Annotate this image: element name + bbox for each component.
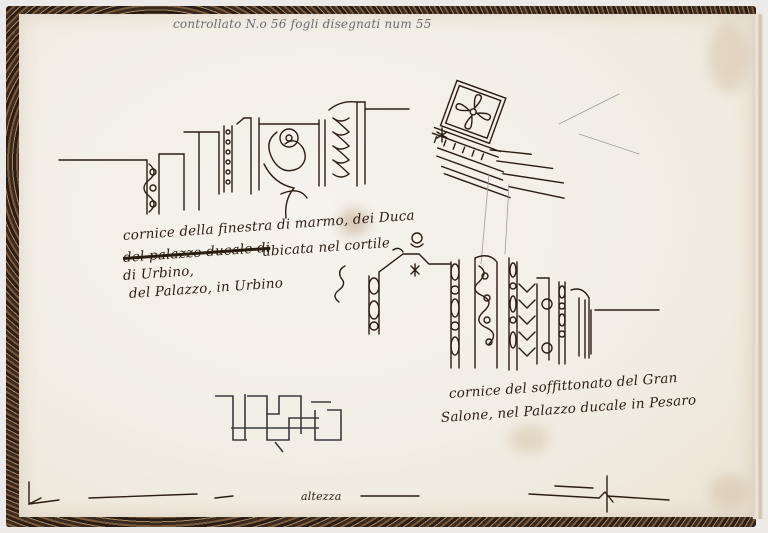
ink-drawings bbox=[19, 14, 753, 517]
window-cornice-profile-drawing bbox=[59, 102, 409, 218]
height-dimension-line-drawing bbox=[29, 476, 669, 512]
meander-pattern-pencil-sketch bbox=[215, 394, 341, 452]
rosette-panel-drawing bbox=[421, 79, 590, 215]
page-stack-edge bbox=[752, 14, 763, 519]
ceiling-cornice-profile-drawing bbox=[335, 233, 659, 370]
sketchbook-leaf: controllato N.o 56 fogli disegnati num 5… bbox=[19, 14, 753, 517]
